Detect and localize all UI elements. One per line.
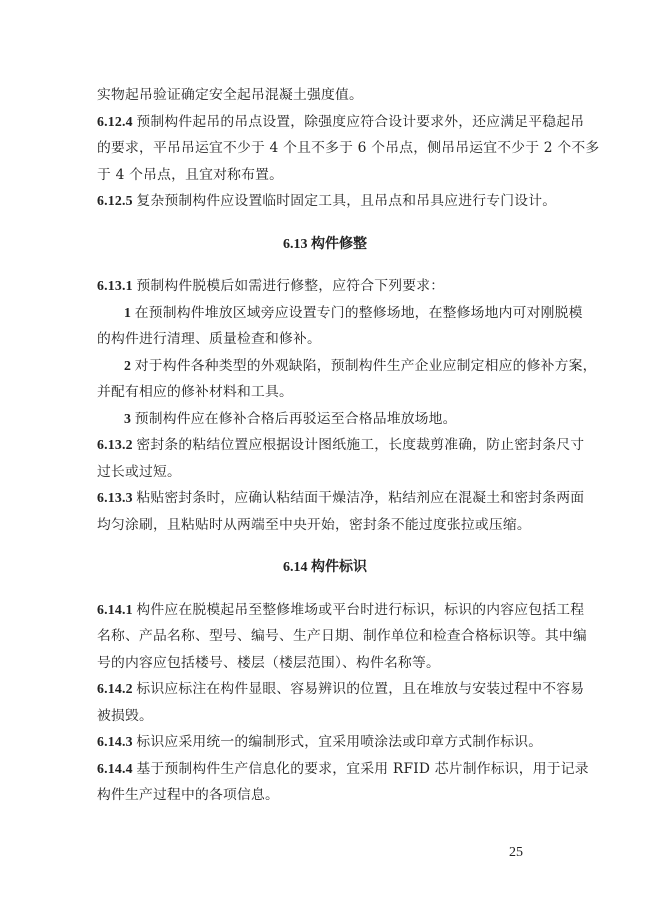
- section-number: 6.14: [283, 560, 311, 575]
- line-text: 的构件进行清理、质量检查和修补。: [97, 331, 321, 347]
- clause-number: 6.13.1: [97, 278, 136, 293]
- section-number: 6.13: [283, 237, 311, 252]
- clause-paragraph: 6.14.2 标识应标注在构件显眼、容易辨识的位置，且在堆放与安装过程中不容易被…: [97, 676, 553, 729]
- text-line: 6.12.5 复杂预制构件应设置临时固定工具，且吊点和吊具应进行专门设计。: [97, 188, 553, 215]
- item-number: 1: [124, 305, 135, 320]
- text-line: 2 对于构件各种类型的外观缺陷，预制构件生产企业应制定相应的修补方案，: [97, 353, 553, 380]
- line-text: 复杂预制构件应设置临时固定工具，且吊点和吊具应进行专门设计。: [136, 193, 556, 209]
- clause-paragraph: 6.14.1 构件应在脱模起吊至整修堆场或平台时进行标识，标识的内容应包括工程名…: [97, 597, 553, 677]
- clause-paragraph: 6.13.1 预制构件脱模后如需进行修整，应符合下列要求：: [97, 273, 553, 300]
- clause-paragraph: 6.14.3 标识应采用统一的编制形式，宜采用喷涂法或印章方式制作标识。: [97, 729, 553, 756]
- text-line: 6.14.1 构件应在脱模起吊至整修堆场或平台时进行标识，标识的内容应包括工程: [97, 597, 553, 624]
- text-line: 6.14.3 标识应采用统一的编制形式，宜采用喷涂法或印章方式制作标识。: [97, 729, 553, 756]
- text-line: 的构件进行清理、质量检查和修补。: [97, 326, 553, 353]
- text-line: 6.12.4 预制构件起吊的吊点设置，除强度应符合设计要求外，还应满足平稳起吊: [97, 109, 553, 136]
- line-text: 基于预制构件生产信息化的要求，宜采用 RFID 芯片制作标识，用于记录: [136, 761, 588, 777]
- item-number: 2: [124, 358, 135, 373]
- text-line: 于 4 个吊点，且宜对称布置。: [97, 162, 553, 189]
- clause-paragraph: 实物起吊验证确定安全起吊混凝土强度值。: [97, 82, 553, 109]
- text-line: 6.14.2 标识应标注在构件显眼、容易辨识的位置，且在堆放与安装过程中不容易: [97, 676, 553, 703]
- clause-paragraph: 6.13.2 密封条的粘结位置应根据设计图纸施工，长度裁剪准确，防止密封条尺寸过…: [97, 432, 553, 485]
- line-text: 预制构件起吊的吊点设置，除强度应符合设计要求外，还应满足平稳起吊: [136, 114, 584, 130]
- text-line: 6.13.3 粘贴密封条时，应确认粘结面干燥洁净，粘结剂应在混凝土和密封条两面: [97, 485, 553, 512]
- line-text: 构件应在脱模起吊至整修堆场或平台时进行标识，标识的内容应包括工程: [136, 602, 584, 618]
- list-item: 3 预制构件应在修补合格后再驳运至合格品堆放场地。: [97, 406, 553, 433]
- clause-paragraph: 6.12.5 复杂预制构件应设置临时固定工具，且吊点和吊具应进行专门设计。: [97, 188, 553, 215]
- text-line: 号的内容应包括楼号、楼层（楼层范围）、构件名称等。: [97, 650, 553, 677]
- text-line: 实物起吊验证确定安全起吊混凝土强度值。: [97, 82, 553, 109]
- clause-number: 6.14.4: [97, 761, 136, 776]
- list-item: 2 对于构件各种类型的外观缺陷，预制构件生产企业应制定相应的修补方案，并配有相应…: [97, 353, 553, 406]
- text-line: 名称、产品名称、型号、编号、生产日期、制作单位和检查合格标识等。其中编: [97, 623, 553, 650]
- text-line: 被损毁。: [97, 703, 553, 730]
- text-line: 6.13.1 预制构件脱模后如需进行修整，应符合下列要求：: [97, 273, 553, 300]
- line-text: 粘贴密封条时，应确认粘结面干燥洁净，粘结剂应在混凝土和密封条两面: [136, 490, 584, 506]
- text-line: 6.14.4 基于预制构件生产信息化的要求，宜采用 RFID 芯片制作标识，用于…: [97, 756, 553, 783]
- clause-paragraph: 6.13.3 粘贴密封条时，应确认粘结面干燥洁净，粘结剂应在混凝土和密封条两面均…: [97, 485, 553, 538]
- text-line: 1 在预制构件堆放区域旁应设置专门的整修场地，在整修场地内可对刚脱模: [97, 300, 553, 327]
- list-item: 1 在预制构件堆放区域旁应设置专门的整修场地，在整修场地内可对刚脱模的构件进行清…: [97, 300, 553, 353]
- line-text: 名称、产品名称、型号、编号、生产日期、制作单位和检查合格标识等。其中编: [97, 628, 587, 644]
- line-text: 实物起吊验证确定安全起吊混凝土强度值。: [97, 87, 363, 103]
- clause-paragraph: 6.12.4 预制构件起吊的吊点设置，除强度应符合设计要求外，还应满足平稳起吊的…: [97, 109, 553, 189]
- text-line: 6.13.2 密封条的粘结位置应根据设计图纸施工，长度裁剪准确，防止密封条尺寸: [97, 432, 553, 459]
- text-line: 的要求，平吊吊运宜不少于 4 个且不多于 6 个吊点，侧吊吊运宜不少于 2 个不…: [97, 135, 553, 162]
- clause-number: 6.12.5: [97, 193, 136, 208]
- section-heading: 6.14 构件标识: [97, 554, 553, 581]
- line-text: 密封条的粘结位置应根据设计图纸施工，长度裁剪准确，防止密封条尺寸: [136, 437, 584, 453]
- section-title: 构件修整: [311, 236, 367, 252]
- clause-number: 6.12.4: [97, 114, 136, 129]
- text-line: 3 预制构件应在修补合格后再驳运至合格品堆放场地。: [97, 406, 553, 433]
- line-text: 被损毁。: [97, 708, 153, 724]
- line-text: 在预制构件堆放区域旁应设置专门的整修场地，在整修场地内可对刚脱模: [135, 305, 583, 321]
- clause-paragraph: 6.14.4 基于预制构件生产信息化的要求，宜采用 RFID 芯片制作标识，用于…: [97, 756, 553, 809]
- clause-number: 6.14.1: [97, 602, 136, 617]
- line-text: 对于构件各种类型的外观缺陷，预制构件生产企业应制定相应的修补方案，: [135, 358, 597, 374]
- clause-number: 6.13.2: [97, 437, 136, 452]
- item-number: 3: [124, 411, 135, 426]
- clause-number: 6.14.3: [97, 734, 136, 749]
- page-number: 25: [509, 845, 523, 861]
- line-text: 标识应采用统一的编制形式，宜采用喷涂法或印章方式制作标识。: [136, 734, 542, 750]
- line-text: 预制构件应在修补合格后再驳运至合格品堆放场地。: [135, 411, 457, 427]
- line-text: 预制构件脱模后如需进行修整，应符合下列要求：: [136, 278, 444, 294]
- text-line: 构件生产过程中的各项信息。: [97, 782, 553, 809]
- line-text: 的要求，平吊吊运宜不少于 4 个且不多于 6 个吊点，侧吊吊运宜不少于 2 个不…: [97, 140, 599, 156]
- line-text: 构件生产过程中的各项信息。: [97, 787, 279, 803]
- clause-number: 6.14.2: [97, 681, 136, 696]
- line-text: 标识应标注在构件显眼、容易辨识的位置，且在堆放与安装过程中不容易: [136, 681, 584, 697]
- text-line: 均匀涂刷，且粘贴时从两端至中央开始，密封条不能过度张拉或压缩。: [97, 512, 553, 539]
- line-text: 号的内容应包括楼号、楼层（楼层范围）、构件名称等。: [97, 655, 440, 671]
- text-line: 并配有相应的修补材料和工具。: [97, 379, 553, 406]
- line-text: 于 4 个吊点，且宜对称布置。: [97, 167, 283, 183]
- section-title: 构件标识: [311, 559, 367, 575]
- document-page: 实物起吊验证确定安全起吊混凝土强度值。6.12.4 预制构件起吊的吊点设置，除强…: [97, 82, 553, 809]
- text-line: 过长或过短。: [97, 459, 553, 486]
- line-text: 过长或过短。: [97, 464, 181, 480]
- line-text: 并配有相应的修补材料和工具。: [97, 384, 293, 400]
- clause-number: 6.13.3: [97, 490, 136, 505]
- line-text: 均匀涂刷，且粘贴时从两端至中央开始，密封条不能过度张拉或压缩。: [97, 517, 531, 533]
- section-heading: 6.13 构件修整: [97, 231, 553, 258]
